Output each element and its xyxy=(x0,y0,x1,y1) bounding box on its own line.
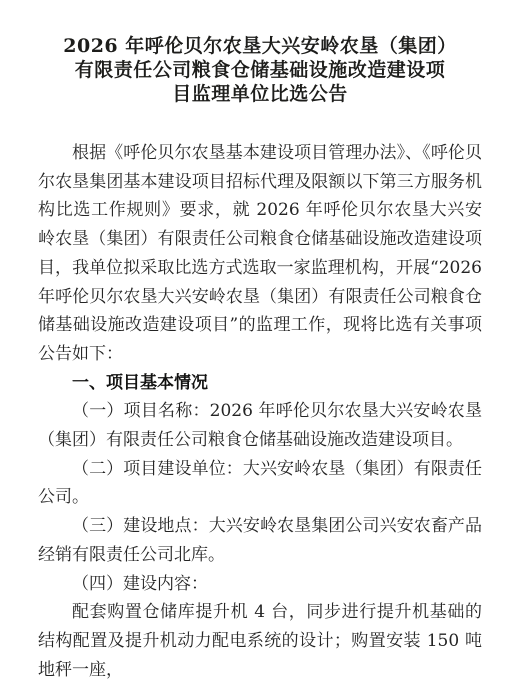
document-title-line-3: 目监理单位比选公告 xyxy=(172,83,348,105)
document-body: 根据《呼伦贝尔农垦基本建设项目管理办法》、《呼伦贝尔农垦集团基本建设项目招标代理… xyxy=(38,139,482,684)
paragraph: （四）建设内容： xyxy=(38,570,482,599)
document-title-line-2: 有限责任公司粮食仓储基础设施改造建设项 xyxy=(75,59,446,81)
section-heading: 一、项目基本情况 xyxy=(38,369,482,398)
paragraph: （二）项目建设单位：大兴安岭农垦（集团）有限责任公司。 xyxy=(38,455,482,512)
paragraph: 根据《呼伦贝尔农垦基本建设项目管理办法》、《呼伦贝尔农垦集团基本建设项目招标代理… xyxy=(38,139,482,369)
paragraph: 配套购置仓储库提升机 4 台，同步进行提升机基础的结构配置及提升机动力配电系统的… xyxy=(38,598,482,684)
paragraph: （一）项目名称：2026 年呼伦贝尔农垦大兴安岭农垦（集团）有限责任公司粮食仓储… xyxy=(38,397,482,454)
document-title-line-1: 2026 年呼伦贝尔农垦大兴安岭农垦（集团） xyxy=(63,35,457,57)
document-title: 2026 年呼伦贝尔农垦大兴安岭农垦（集团） 有限责任公司粮食仓储基础设施改造建… xyxy=(38,34,482,106)
paragraph: （三）建设地点：大兴安岭农垦集团公司兴安农畜产品经销有限责任公司北库。 xyxy=(38,512,482,569)
document-page: 2026 年呼伦贝尔农垦大兴安岭农垦（集团） 有限责任公司粮食仓储基础设施改造建… xyxy=(0,0,522,693)
